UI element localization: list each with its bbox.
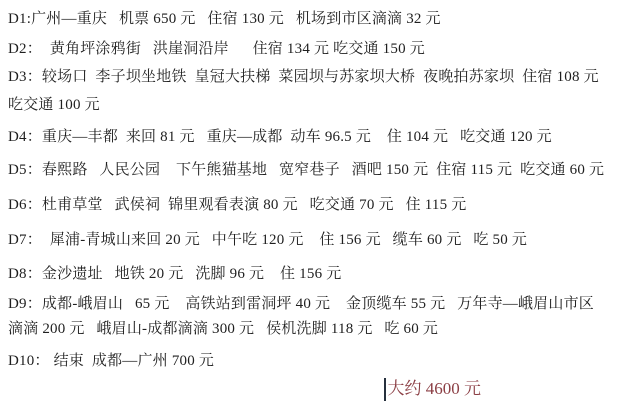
itinerary-line-d7: D7： 犀浦-青城山来回 20 元 中午吃 120 元 住 156 元 缆车 6…: [8, 230, 527, 250]
travel-budget-document: D1:广州—重庆 机票 650 元 住宿 130 元 机场到市区滴滴 32 元 …: [0, 0, 640, 419]
itinerary-line-d4: D4：重庆—丰都 来回 81 元 重庆—成都 动车 96.5 元 住 104 元…: [8, 127, 552, 147]
itinerary-line-d6: D6：杜甫草堂 武侯祠 锦里观看表演 80 元 吃交通 70 元 住 115 元: [8, 195, 466, 215]
itinerary-line-d1: D1:广州—重庆 机票 650 元 住宿 130 元 机场到市区滴滴 32 元: [8, 9, 441, 29]
itinerary-line-d9-cont: 滴滴 200 元 峨眉山-成都滴滴 300 元 侯机洗脚 118 元 吃 60 …: [8, 319, 438, 339]
text-cursor: [384, 378, 386, 401]
itinerary-line-d8: D8：金沙遗址 地铁 20 元 洗脚 96 元 住 156 元: [8, 264, 341, 284]
itinerary-line-d3-cont: 吃交通 100 元: [8, 95, 100, 115]
total-estimate-label: 大约 4600 元: [388, 377, 482, 401]
itinerary-line-d9: D9：成都-峨眉山 65 元 高铁站到雷洞坪 40 元 金顶缆车 55 元 万年…: [8, 294, 594, 314]
itinerary-line-d5: D5：春熙路 人民公园 下午熊猫基地 宽窄巷子 酒吧 150 元 住宿 115 …: [8, 160, 604, 180]
itinerary-line-d10: D10： 结束 成都—广州 700 元: [8, 351, 214, 371]
total-estimate: 大约 4600 元: [384, 377, 481, 401]
itinerary-line-d3: D3：较场口 李子坝坐地铁 皇冠大扶梯 菜园坝与苏家坝大桥 夜晚拍苏家坝 住宿 …: [8, 67, 599, 87]
itinerary-line-d2: D2： 黄角坪涂鸦街 洪崖洞沿岸 住宿 134 元 吃交通 150 元: [8, 39, 425, 59]
